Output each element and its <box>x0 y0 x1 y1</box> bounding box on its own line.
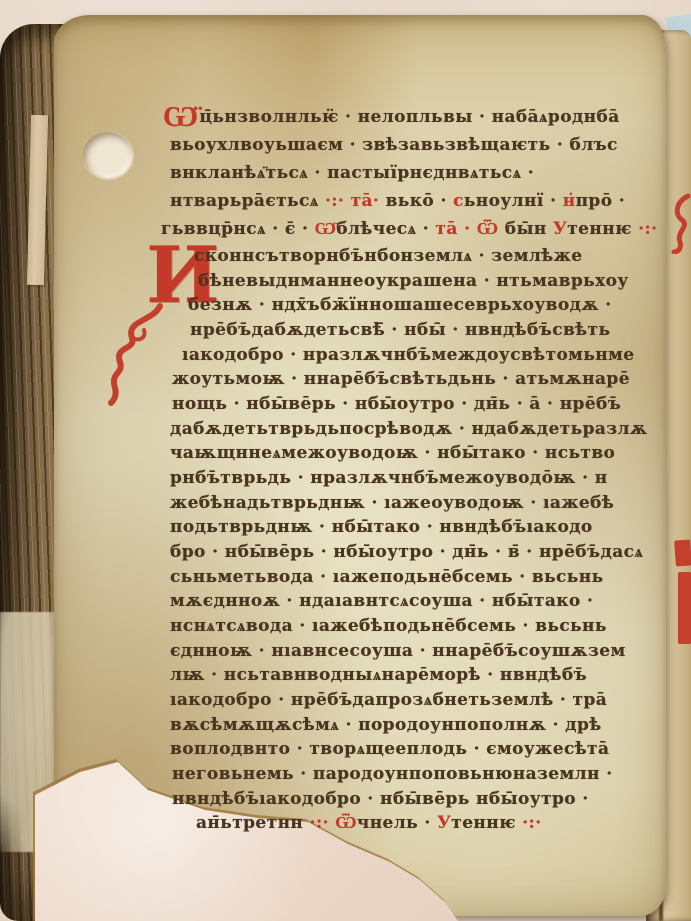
text-line: нрēбъ̄дабѫдетьсвѣ̄ · нбы̄ · нвндѣбъ̄свѣт… <box>190 320 610 340</box>
brown-ink-text: прō · <box>576 191 626 211</box>
brown-ink-text: дабѫдетьтврьдьпосрѣводѫ · ндабѫдетьразлѫ <box>170 419 648 439</box>
text-line: сьньметьвода · ıажеподьнēбсемь · вьсьнь <box>170 567 604 587</box>
brown-ink-text: ıакодобро · нрēбъ̄дапрозѧбнетьземлѣ · тр… <box>170 690 607 710</box>
brown-ink-text: нощь · нбы̄вēрь · нбы̄оутро · дн̄ь · ā ·… <box>172 394 621 414</box>
text-line: чаѭщннеѧмежоуводоѭ · нбы̄тако · нсьтво <box>170 443 615 463</box>
brown-ink-text: бѣневыднманнеоукрашена · нтьмаврьхоу <box>198 271 629 291</box>
red-ink-text: ·:· Ѿ <box>310 813 357 833</box>
text-line: вьоухлвоуьшаєм · звѣзавьзвѣщаѥть · блъс <box>170 135 618 155</box>
brown-ink-text: воплодвнто · творѧщееплодь · ємоужесѣтā <box>170 739 609 759</box>
brown-ink-text: блѣчесѧ · <box>336 219 435 239</box>
text-line: сконнсътворнбъ̄нб̄онземлѧ · землѣже <box>194 246 582 266</box>
text-line: нощь · нбы̄вēрь · нбы̄оутро · дн̄ь · ā ·… <box>172 394 621 414</box>
brown-ink-text: безнѫ · ндх̄ъбж̄їнношашесеврьхоуводѫ · <box>188 295 612 315</box>
manuscript-photo: И Ѡ̈ц̄ьнзволнльѥ̈ · нелопльвы · набāѧрод… <box>0 0 691 921</box>
text-line: нтварьрāєтьсѧ ·:· тā· вькō · сьноулнї · … <box>170 191 625 211</box>
brown-ink-text: сьньметьвода · ıажеподьнēбсемь · вьсьнь <box>170 567 604 587</box>
brown-ink-text: лѭ · нсьтавнводныѧнарēморѣ · нвндѣбъ̄ <box>170 665 587 685</box>
text-line: нвндѣбъ̄ıакодобро · нбы̄вēрь нбы̄оутро · <box>172 789 589 809</box>
brown-ink-text: сконнсътворнбъ̄нб̄онземлѧ · землѣже <box>194 246 582 266</box>
text-line: мѫєднноѫ · ндаıавнтсѧсоуша · нбы̄тако · <box>170 591 593 611</box>
brown-ink-text: нснѧтсѧвода · ıажебѣподьнēбсемь · вьсьнь <box>170 616 607 636</box>
brown-ink-text: мѫєднноѫ · ндаıавнтсѧсоуша · нбы̄тако · <box>170 591 593 611</box>
text-line: жоутьмоѭ · ннарēбъ̄свѣтьдьнь · атьмѫнарē <box>172 369 630 389</box>
brown-ink-text: рнбъ̄тврьдь · нразлѫчнбъ̄межоуводōѭ · н <box>170 468 608 488</box>
red-ink-text: У <box>437 813 451 833</box>
text-line: дабѫдетьтврьдьпосрѣводѫ · ндабѫдетьразлѫ <box>170 419 648 439</box>
text-line: ıакодобро · нразлѫчнбъ̄междоусвѣтомьнме <box>182 345 635 365</box>
red-ink-text: У <box>553 219 567 239</box>
text-line: Ѡ̈ц̄ьнзволнльѥ̈ · нелопльвы · набāѧроднб… <box>163 107 620 127</box>
brown-ink-text: нтварьрāєтьсѧ <box>170 191 325 211</box>
brown-ink-text: вькō · <box>386 191 454 211</box>
brown-ink-text: гьввцр̄нсѧ · є̄ · <box>161 219 315 239</box>
brown-ink-text: теннѥ <box>451 813 522 833</box>
text-block: Ѡ̈ц̄ьнзволнльѥ̈ · нелопльвы · набāѧроднб… <box>0 0 691 921</box>
brown-ink-text: ц̄ьнзволнльѥ̈ · нелопльвы · набāѧроднбā <box>199 107 619 127</box>
text-line: жебѣнадьтврьднѭ · ıажеоуводоѭ · ıажебѣ <box>170 493 614 513</box>
text-line: безнѫ · ндх̄ъбж̄їнношашесеврьхоуводѫ · <box>188 295 612 315</box>
brown-ink-text: подьтврьднѭ · нбы̄тако · нвндѣбъ̄ıакодо <box>170 517 593 537</box>
red-ink-text: ·:· тā· <box>325 191 386 211</box>
brown-ink-text: внкланѣѧ̈тьсѧ · пастыїрнєднвѧтьсѧ · <box>170 163 534 183</box>
brown-ink-text: ан̄ьтретнн <box>196 813 310 833</box>
brown-ink-text: ıакодобро · нразлѫчнбъ̄междоусвѣтомьнме <box>182 345 635 365</box>
text-line: бѣневыднманнеоукрашена · нтьмаврьхоу <box>198 271 629 291</box>
text-line: подьтврьднѭ · нбы̄тако · нвндѣбъ̄ıакодо <box>170 517 593 537</box>
text-line: гьввцр̄нсѧ · є̄ · Ѡ̈блѣчесѧ · тā · Ѿ бы̄… <box>161 219 658 239</box>
brown-ink-text: вьоухлвоуьшаєм · звѣзавьзвѣщаѥть · блъс <box>170 135 618 155</box>
red-ink-text: с <box>453 191 464 211</box>
text-line: неговьнемь · пародоунпоповьнюназемлн · <box>172 764 613 784</box>
text-line: рнбъ̄тврьдь · нразлѫчнбъ̄межоуводōѭ · н <box>170 468 608 488</box>
brown-ink-text: ьноулнї · <box>464 191 563 211</box>
brown-ink-text: нрēбъ̄дабѫдетьсвѣ̄ · нбы̄ · нвндѣбъ̄свѣт… <box>190 320 610 340</box>
text-line: нснѧтсѧвода · ıажебѣподьнēбсемь · вьсьнь <box>170 616 607 636</box>
red-ink-text: тā · Ѿ <box>435 219 504 239</box>
brown-ink-text: бы̄н <box>505 219 553 239</box>
text-line: бро · нбы̄вēрь · нбы̄оутро · дн̄ь · в̄ ·… <box>170 542 643 562</box>
text-line: ıакодобро · нрēбъ̄дапрозѧбнетьземлѣ · тр… <box>170 690 607 710</box>
red-ink-text: ·:· <box>522 813 541 833</box>
brown-ink-text: чнель · <box>357 813 437 833</box>
brown-ink-text: теннѥ <box>567 219 638 239</box>
brown-ink-text: жоутьмоѭ · ннарēбъ̄свѣтьдьнь · атьмѫнарē <box>172 369 630 389</box>
text-line: воплодвнто · творѧщееплодь · ємоужесѣтā <box>170 739 609 759</box>
red-ink-text: Ѡ̈ <box>163 100 198 133</box>
red-ink-text: Ѡ̈ <box>315 219 337 239</box>
text-line: вѫсѣмѫщѫсѣмѧ · породоунпополнѫ · дрѣ <box>170 715 602 735</box>
text-line: єднноѭ · нıавнсесоуша · ннарēбъ̄соушѫзем <box>170 641 626 661</box>
text-line: лѭ · нсьтавнводныѧнарēморѣ · нвндѣбъ̄ <box>170 665 587 685</box>
brown-ink-text: бро · нбы̄вēрь · нбы̄оутро · дн̄ь · в̄ ·… <box>170 542 643 562</box>
brown-ink-text: жебѣнадьтврьднѭ · ıажеоуводоѭ · ıажебѣ <box>170 493 614 513</box>
brown-ink-text: нвндѣбъ̄ıакодобро · нбы̄вēрь нбы̄оутро · <box>172 789 589 809</box>
brown-ink-text: чаѭщннеѧмежоуводоѭ · нбы̄тако · нсьтво <box>170 443 615 463</box>
brown-ink-text: неговьнемь · пародоунпоповьнюназемлн · <box>172 764 613 784</box>
brown-ink-text: вѫсѣмѫщѫсѣмѧ · породоунпополнѫ · дрѣ <box>170 715 602 735</box>
red-ink-text: ·:· <box>638 219 657 239</box>
text-line: ан̄ьтретнн ·:· Ѿчнель · Утеннѥ ·:· <box>196 813 542 833</box>
text-line: внкланѣѧ̈тьсѧ · пастыїрнєднвѧтьсѧ · <box>170 163 534 183</box>
red-ink-text: н̇ <box>563 191 576 211</box>
brown-ink-text: єднноѭ · нıавнсесоуша · ннарēбъ̄соушѫзем <box>170 641 626 661</box>
